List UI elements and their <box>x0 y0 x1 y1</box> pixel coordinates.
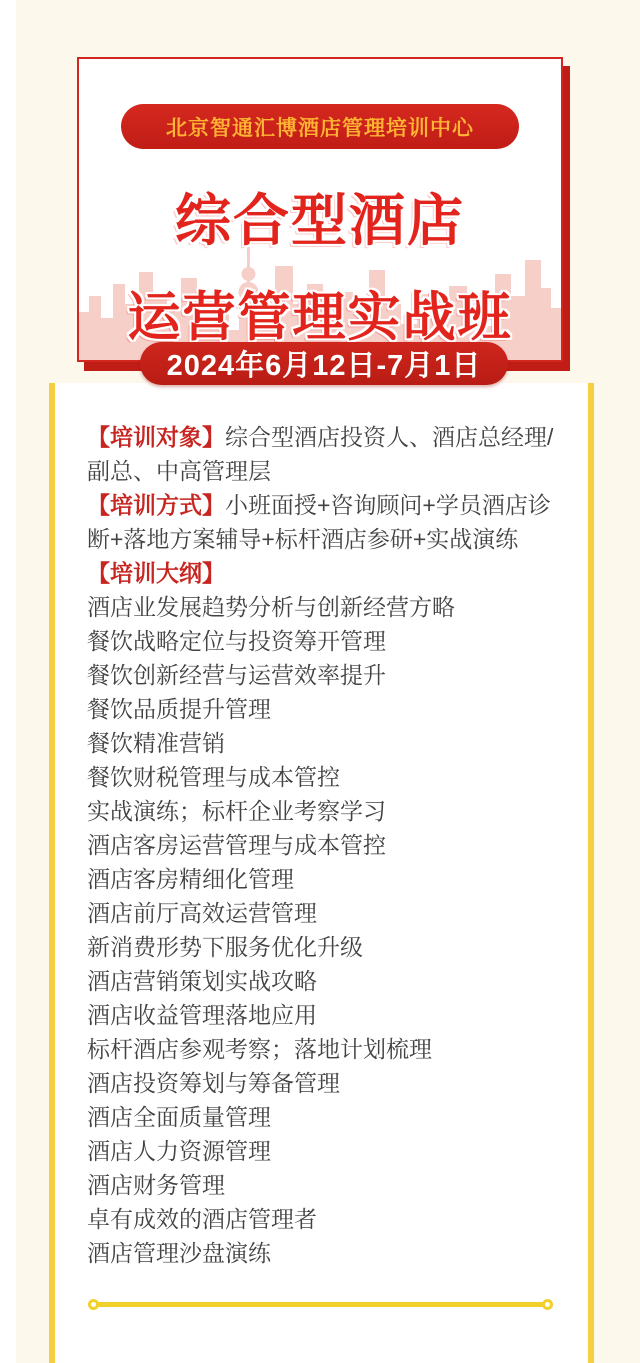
outline-item: 酒店管理沙盘演练 <box>87 1236 558 1270</box>
outline-item: 酒店客房精细化管理 <box>87 862 558 896</box>
outline-item: 酒店财务管理 <box>87 1168 558 1202</box>
outline-item: 卓有成效的酒店管理者 <box>87 1202 558 1236</box>
training-method-paragraph: 【培训方式】小班面授+咨询顾问+学员酒店诊断+落地方案辅导+标杆酒店参研+实战演… <box>87 488 558 556</box>
outline-item: 酒店业发展趋势分析与创新经营方略 <box>87 590 558 624</box>
outline-item: 酒店前厅高效运营管理 <box>87 896 558 930</box>
divider-end-ring-left <box>88 1299 99 1310</box>
outline-item: 酒店投资筹划与筹备管理 <box>87 1066 558 1100</box>
course-title-line1: 综合型酒店 <box>79 177 561 257</box>
outline-item: 酒店人力资源管理 <box>87 1134 558 1168</box>
outline-item: 酒店营销策划实战攻略 <box>87 964 558 998</box>
outline-item: 标杆酒店参观考察；落地计划梳理 <box>87 1032 558 1066</box>
date-badge-label: 2024年6月12日-7月1日 <box>167 343 482 384</box>
date-badge: 2024年6月12日-7月1日 <box>140 342 508 385</box>
divider-end-ring-right <box>542 1299 553 1310</box>
training-outline-label: 【培训大纲】 <box>87 560 225 586</box>
outline-item: 餐饮精准营销 <box>87 726 558 760</box>
org-badge-label: 北京智通汇博酒店管理培训中心 <box>166 112 474 142</box>
training-target-label: 【培训对象】 <box>87 424 225 450</box>
outline-item: 餐饮财税管理与成本管控 <box>87 760 558 794</box>
training-target-paragraph: 【培训对象】综合型酒店投资人、酒店总经理/副总、中高管理层 <box>87 420 558 488</box>
training-method-label: 【培训方式】 <box>87 492 225 518</box>
outline-item: 酒店收益管理落地应用 <box>87 998 558 1032</box>
outline-item: 餐饮创新经营与运营效率提升 <box>87 658 558 692</box>
outline-item: 餐饮品质提升管理 <box>87 692 558 726</box>
outline-item: 新消费形势下服务优化升级 <box>87 930 558 964</box>
divider-bar <box>94 1302 547 1307</box>
divider-line <box>90 1299 551 1310</box>
outline-item: 酒店客房运营管理与成本管控 <box>87 828 558 862</box>
training-outline-heading: 【培训大纲】 <box>87 556 558 590</box>
course-title-line2: 运营管理实战班 <box>79 275 561 351</box>
outline-item: 实战演练；标杆企业考察学习 <box>87 794 558 828</box>
org-badge: 北京智通汇博酒店管理培训中心 <box>121 104 519 149</box>
content-panel: 【培训对象】综合型酒店投资人、酒店总经理/副总、中高管理层 【培训方式】小班面授… <box>49 383 594 1363</box>
poster-background: 北京智通汇博酒店管理培训中心 综合型酒店 运营管理实战班 2024年6月12日-… <box>16 0 640 1363</box>
outline-list: 酒店业发展趋势分析与创新经营方略餐饮战略定位与投资筹开管理餐饮创新经营与运营效率… <box>87 590 558 1270</box>
header-card: 北京智通汇博酒店管理培训中心 综合型酒店 运营管理实战班 <box>77 57 563 362</box>
outline-item: 餐饮战略定位与投资筹开管理 <box>87 624 558 658</box>
outline-item: 酒店全面质量管理 <box>87 1100 558 1134</box>
